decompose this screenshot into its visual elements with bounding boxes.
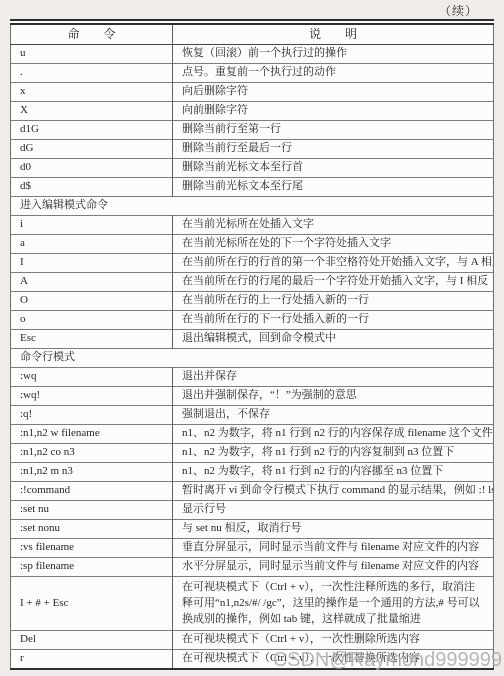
- watermark: CSDN@Raymond999999: [273, 649, 502, 672]
- table-row: Esc退出编辑模式，回到命令模式中: [11, 330, 494, 349]
- vi-commands-table: 命 令 说 明 u恢复（回滚）前一个执行过的操作.点号。重复前一个执行过的动作x…: [10, 19, 494, 670]
- description-cell: 在当前所在行的行首的第一个非空格符处开始插入文字，与 A 相反: [173, 254, 494, 273]
- table-row: :n1,n2 w filenamen1、n2 为数字，将 n1 行到 n2 行的…: [11, 425, 494, 444]
- command-cell: :n1,n2 m n3: [11, 463, 173, 482]
- description-cell: 强制退出，不保存: [173, 406, 494, 425]
- table-row: a在当前光标所在处的下一个字符处插入文字: [11, 235, 494, 254]
- command-cell: :vs filename: [11, 539, 173, 558]
- table-row: :q!强制退出，不保存: [11, 406, 494, 425]
- description-cell: 删除当前行至最后一行: [173, 140, 494, 159]
- command-cell: a: [11, 235, 173, 254]
- description-cell: 在当前所在行的行尾的最后一个字符处开始插入文字，与 I 相反: [173, 273, 494, 292]
- table-row: d$删除当前光标文本至行尾: [11, 178, 494, 197]
- command-cell: d$: [11, 178, 173, 197]
- command-cell: .: [11, 64, 173, 83]
- command-cell: :wq!: [11, 387, 173, 406]
- table-row: A在当前所在行的行尾的最后一个字符处开始插入文字，与 I 相反: [11, 273, 494, 292]
- table-row: .点号。重复前一个执行过的动作: [11, 64, 494, 83]
- book-page: （续） 命 令 说 明 u恢复（回滚）前一个执行过的操作.点号。重复前一个执行过…: [0, 0, 504, 676]
- column-header-command: 命 令: [11, 22, 173, 45]
- table-row: o在当前所在行的下一行处插入新的一行: [11, 311, 494, 330]
- continued-label: （续）: [439, 2, 478, 19]
- table-row: :wq退出并保存: [11, 368, 494, 387]
- section-label: 命令行模式: [11, 349, 494, 368]
- command-cell: :set nu: [11, 501, 173, 520]
- section-row: 命令行模式: [11, 349, 494, 368]
- command-cell: :n1,n2 w filename: [11, 425, 173, 444]
- command-cell: r: [11, 650, 173, 670]
- table-row: x向后删除字符: [11, 83, 494, 102]
- description-cell: n1、n2 为数字，将 n1 行到 n2 行的内容复制到 n3 位置下: [173, 444, 494, 463]
- description-cell: 与 set nu 相反，取消行号: [173, 520, 494, 539]
- table-row: Del在可视块模式下（Ctrl + v），一次性删除所选内容: [11, 631, 494, 650]
- table-row: :vs filename垂直分屏显示，同时显示当前文件与 filename 对应…: [11, 539, 494, 558]
- description-cell: 垂直分屏显示，同时显示当前文件与 filename 对应文件的内容: [173, 539, 494, 558]
- description-cell: 退出编辑模式，回到命令模式中: [173, 330, 494, 349]
- description-cell: 在当前光标所在处插入文字: [173, 216, 494, 235]
- command-cell: :wq: [11, 368, 173, 387]
- description-cell: 删除当前光标文本至行首: [173, 159, 494, 178]
- table-row: :!command暂时离开 vi 到命令行模式下执行 command 的显示结果…: [11, 482, 494, 501]
- command-cell: :q!: [11, 406, 173, 425]
- command-cell: x: [11, 83, 173, 102]
- command-cell: I + # + Esc: [11, 577, 173, 631]
- command-cell: dG: [11, 140, 173, 159]
- table-row: :n1,n2 m n3n1、n2 为数字，将 n1 行到 n2 行的内容挪至 n…: [11, 463, 494, 482]
- description-cell: n1、n2 为数字，将 n1 行到 n2 行的内容挪至 n3 位置下: [173, 463, 494, 482]
- table-row: I在当前所在行的行首的第一个非空格符处开始插入文字，与 A 相反: [11, 254, 494, 273]
- command-cell: u: [11, 45, 173, 64]
- description-cell: 在当前所在行的上一行处插入新的一行: [173, 292, 494, 311]
- command-cell: O: [11, 292, 173, 311]
- command-cell: X: [11, 102, 173, 121]
- description-cell: 恢复（回滚）前一个执行过的操作: [173, 45, 494, 64]
- table-row: :set nonu与 set nu 相反，取消行号: [11, 520, 494, 539]
- column-header-description: 说 明: [173, 22, 494, 45]
- table-row: i在当前光标所在处插入文字: [11, 216, 494, 235]
- table-row: :n1,n2 co n3n1、n2 为数字，将 n1 行到 n2 行的内容复制到…: [11, 444, 494, 463]
- description-cell: 在可视块模式下（Ctrl + v），一次性删除所选内容: [173, 631, 494, 650]
- description-cell: 水平分屏显示，同时显示当前文件与 filename 对应文件的内容: [173, 558, 494, 577]
- section-label: 进入编辑模式命令: [11, 197, 494, 216]
- command-cell: A: [11, 273, 173, 292]
- description-cell: 退出并保存: [173, 368, 494, 387]
- table-row: X向前删除字符: [11, 102, 494, 121]
- description-cell: 在可视块模式下（Ctrl + v），一次性注释所选的多行，取消注释可用“n1,n…: [173, 577, 494, 631]
- command-cell: :set nonu: [11, 520, 173, 539]
- description-cell: 点号。重复前一个执行过的动作: [173, 64, 494, 83]
- command-cell: :!command: [11, 482, 173, 501]
- table-row: :sp filename水平分屏显示，同时显示当前文件与 filename 对应…: [11, 558, 494, 577]
- command-cell: :sp filename: [11, 558, 173, 577]
- description-cell: 显示行号: [173, 501, 494, 520]
- description-cell: 向后删除字符: [173, 83, 494, 102]
- command-cell: o: [11, 311, 173, 330]
- section-row: 进入编辑模式命令: [11, 197, 494, 216]
- description-cell: 删除当前光标文本至行尾: [173, 178, 494, 197]
- table-row: :wq!退出并强制保存，“！”为强制的意思: [11, 387, 494, 406]
- description-cell: 暂时离开 vi 到命令行模式下执行 command 的显示结果，例如 :! ls…: [173, 482, 494, 501]
- table-row: I + # + Esc在可视块模式下（Ctrl + v），一次性注释所选的多行，…: [11, 577, 494, 631]
- command-cell: :n1,n2 co n3: [11, 444, 173, 463]
- command-cell: Del: [11, 631, 173, 650]
- command-cell: d1G: [11, 121, 173, 140]
- description-cell: 在当前光标所在处的下一个字符处插入文字: [173, 235, 494, 254]
- command-cell: i: [11, 216, 173, 235]
- description-cell: 向前删除字符: [173, 102, 494, 121]
- table-row: u恢复（回滚）前一个执行过的操作: [11, 45, 494, 64]
- description-cell: n1、n2 为数字，将 n1 行到 n2 行的内容保存成 filename 这个…: [173, 425, 494, 444]
- description-cell: 退出并强制保存，“！”为强制的意思: [173, 387, 494, 406]
- table-row: d1G删除当前行至第一行: [11, 121, 494, 140]
- table-row: d0删除当前光标文本至行首: [11, 159, 494, 178]
- description-cell: 删除当前行至第一行: [173, 121, 494, 140]
- table-row: dG删除当前行至最后一行: [11, 140, 494, 159]
- header-row: 命 令 说 明: [11, 22, 494, 45]
- command-cell: d0: [11, 159, 173, 178]
- command-cell: I: [11, 254, 173, 273]
- table-row: O在当前所在行的上一行处插入新的一行: [11, 292, 494, 311]
- command-cell: Esc: [11, 330, 173, 349]
- table-row: :set nu显示行号: [11, 501, 494, 520]
- description-cell: 在当前所在行的下一行处插入新的一行: [173, 311, 494, 330]
